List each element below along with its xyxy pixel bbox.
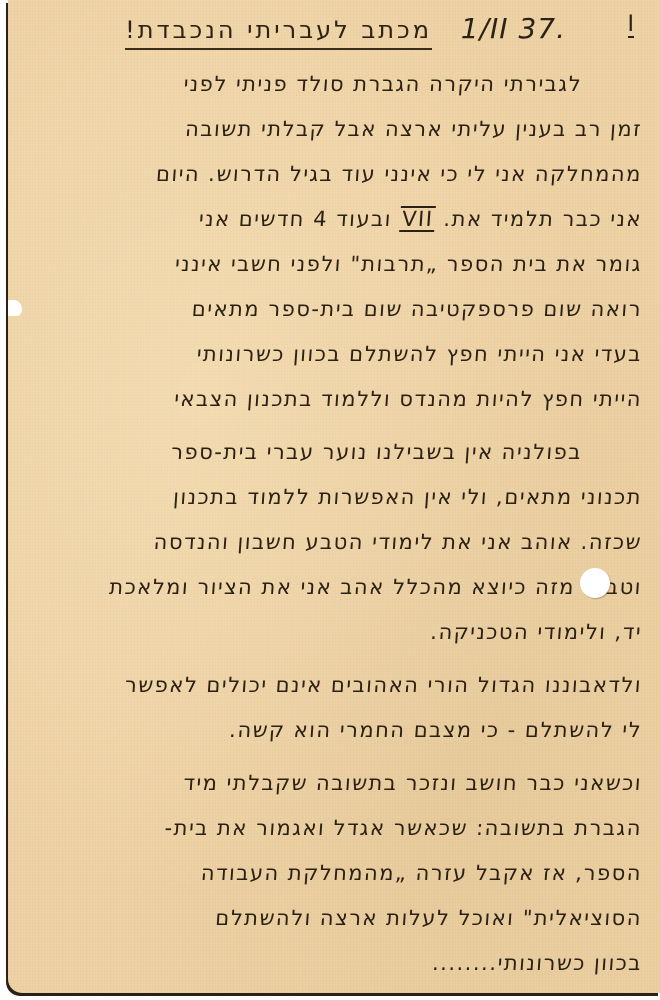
letter-line: זמן רב בענין עליתי ארצה אבל קבלתי תשובה: [26, 107, 643, 152]
letter-body: לגבירתי היקרה הגברת סולד פניתי לפני זמן …: [28, 62, 642, 986]
punched-hole: [580, 568, 610, 598]
letter-line: וכשאני כבר חושב ונזכר בתשובה שקבלתי מיד: [26, 761, 643, 806]
torn-edge: [8, 300, 22, 316]
letter-line: רואה שום פרספקטיבה שום בית-ספר מתאים: [26, 287, 643, 332]
letter-line: לי להשתלם - כי מצבם החמרי הוא קשה.: [26, 708, 643, 753]
letter-line: מהמחלקה אני לי כי אינני עוד בגיל הדרוש. …: [26, 152, 643, 197]
letter-text: אני כבר תלמיד את.: [443, 207, 643, 231]
letter-line: הספר, אז אקבל עזרה „מהמחלקת העבודה: [26, 851, 643, 896]
letter-line: יד, ולימודי הטכניקה.: [26, 610, 643, 655]
letter-text: ובעוד 4 חדשים אני: [198, 207, 393, 231]
letter-line: וטבע. מזה כיוצא מהכלל אהב אני את הציור ו…: [26, 565, 643, 610]
letter-line: בפולניה אין בשבילנו נוער עברי בית-ספר: [26, 430, 643, 475]
class-roman-numeral: VII: [399, 206, 436, 232]
letter-paper: I 1/II 37. מכתב לעבריתי הנכבדת! לגבירתי …: [8, 0, 660, 993]
letter-line: אני כבר תלמיד את. VII ובעוד 4 חדשים אני: [26, 197, 643, 242]
letter-line: ולדאבוננו הגדול הורי האהובים אינם יכולים…: [26, 663, 643, 708]
letter-line: שכזה. אוהב אני את לימודי הטבע חשבון והנד…: [26, 520, 643, 565]
letter-header: I 1/II 37. מכתב לעבריתי הנכבדת!: [28, 6, 648, 54]
letter-line: הגברת בתשובה: שכאשר אגדל ואגמור את בית-: [26, 806, 643, 851]
letter-line: תכנוני מתאים, ולי אין האפשרות ללמוד בתכנ…: [26, 475, 643, 520]
letter-line: הסוציאלית" ואוכל לעלות ארצה ולהשתלם: [26, 896, 643, 941]
letter-date: 1/II 37.: [461, 12, 566, 45]
letter-line: לגבירתי היקרה הגברת סולד פניתי לפני: [26, 62, 643, 107]
letter-title: מכתב לעבריתי הנכבדת!: [125, 16, 432, 50]
letter-line: בכוון כשרונותי........: [26, 941, 643, 986]
letter-line: גומר את בית הספר „תרבות" ולפני חשבי איננ…: [26, 242, 643, 287]
page-number: I: [628, 14, 635, 38]
letter-line: הייתי חפץ להיות מהנדס וללמוד בתכנון הצבא…: [26, 377, 643, 422]
letter-line: בעדי אני הייתי חפץ להשתלם בכוון כשרונותי: [26, 332, 643, 377]
